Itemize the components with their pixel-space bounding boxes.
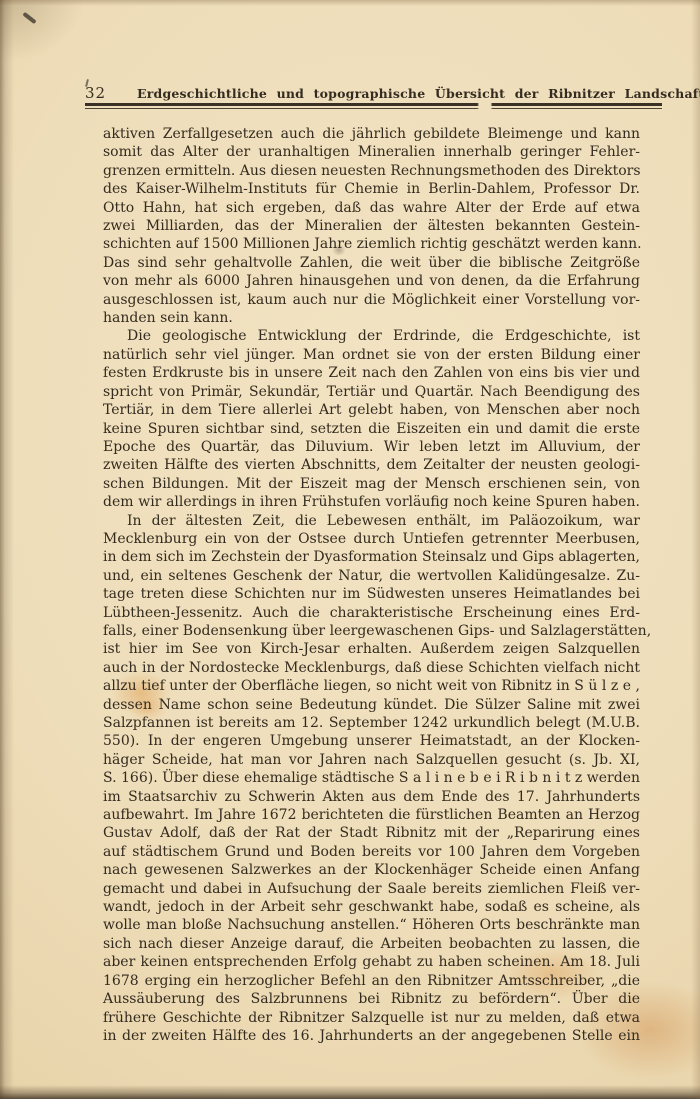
- text-line: gemacht und dabei in Aufsuchung der Saal…: [103, 880, 640, 898]
- text-line: dem wir allerdings in ihren Frühstufen v…: [103, 493, 640, 511]
- header-rule-top: [85, 103, 662, 106]
- text-line: auf städtischem Grund und Boden bereits …: [103, 843, 640, 861]
- text-line: des Kaiser-Wilhelm-Instituts für Chemie …: [103, 180, 640, 198]
- text-line: Epoche des Quartär, das Diluvium. Wir le…: [103, 438, 640, 456]
- text-line: ausgeschlossen ist, kaum auch nur die Mö…: [103, 291, 640, 309]
- text-line: schichten auf 1500 Millionen Jahre zieml…: [103, 235, 640, 253]
- text-line: keine Spuren sichtbar sind, setzten die …: [103, 420, 640, 438]
- text-line: S. 166). Über diese ehemalige städtische…: [103, 769, 640, 787]
- text-line: 1678 erging ein herzoglicher Befehl an d…: [103, 972, 640, 990]
- text-line: somit das Alter der uranhaltigen Mineral…: [103, 143, 640, 161]
- text-line: Gustav Adolf, daß der Rat der Stadt Ribn…: [103, 824, 640, 842]
- text-line: handen sein kann.: [103, 309, 640, 327]
- text-line: ist hier im See von Kirch-Jesar erhalten…: [103, 640, 640, 658]
- text-line: von mehr als 6000 Jahren hinausgehen und…: [103, 272, 640, 290]
- text-line: In der ältesten Zeit, die Lebewesen enth…: [103, 512, 640, 530]
- text-line: allzu tief unter der Oberfläche liegen, …: [103, 677, 640, 695]
- text-line: in der zweiten Hälfte des 16. Jahrhunder…: [103, 1027, 640, 1045]
- text-line: häger Scheide, hat man vor Jahren nach S…: [103, 751, 640, 769]
- page-number: 32: [85, 84, 137, 102]
- text-line: sich nach dieser Anzeige darauf, die Arb…: [103, 935, 640, 953]
- text-line: tage treten diese Schichten nur im Südwe…: [103, 585, 640, 603]
- text-line: zwei Milliarden, das der Mineralien der …: [103, 217, 640, 235]
- text-line: Mecklenburg ein von der Ostsee durch Unt…: [103, 530, 640, 548]
- text-line: aber keinen entsprechenden Erfolg gehabt…: [103, 953, 640, 971]
- text-line: Otto Hahn, hat sich ergeben, daß das wah…: [103, 199, 640, 217]
- text-line: Die geologische Entwicklung der Erdrinde…: [103, 327, 640, 345]
- page-body-text: aktiven Zerfallgesetzen auch die jährlic…: [103, 125, 640, 1045]
- text-line: festen Erdkruste bis in unsere Zeit nach…: [103, 364, 640, 382]
- page-header: 32 Erdgeschichtliche und topographische …: [85, 84, 662, 102]
- text-line: auch in der Nordostecke Mecklenburgs, da…: [103, 659, 640, 677]
- text-line: Aussäuberung des Salzbrunnens bei Ribnit…: [103, 990, 640, 1008]
- text-line: 550). In der engeren Umgebung unserer He…: [103, 732, 640, 750]
- text-line: grenzen ermitteln. Aus diesen neuesten R…: [103, 162, 640, 180]
- running-header-title: Erdgeschichtliche und topographische Übe…: [137, 86, 700, 101]
- text-line: spricht von Primär, Sekundär, Tertiär un…: [103, 383, 640, 401]
- text-line: in dem sich im Zechstein der Dyasformati…: [103, 548, 640, 566]
- book-page: 32 Erdgeschichtliche und topographische …: [0, 0, 700, 1099]
- text-line: dessen Name schon seine Bedeutung kündet…: [103, 696, 640, 714]
- text-line: falls, einer Bodensenkung über leergewas…: [103, 622, 640, 640]
- text-line: Lübtheen-Jessenitz. Auch die charakteris…: [103, 604, 640, 622]
- text-line: aktiven Zerfallgesetzen auch die jährlic…: [103, 125, 640, 143]
- text-line: schen Bildungen. Mit der Eiszeit mag der…: [103, 475, 640, 493]
- text-line: natürlich sehr viel jünger. Man ordnet s…: [103, 346, 640, 364]
- text-line: frühere Geschichte der Ribnitzer Salzque…: [103, 1009, 640, 1027]
- text-line: wandt, jedoch in der Arbeit sehr geschwa…: [103, 898, 640, 916]
- text-line: nach gewesenen Salzwerkes an der Klocken…: [103, 861, 640, 879]
- text-line: im Staatsarchiv zu Schwerin Akten aus de…: [103, 788, 640, 806]
- header-rule-bottom: [85, 108, 662, 109]
- text-line: und, ein seltenes Geschenk der Natur, di…: [103, 567, 640, 585]
- ink-mark-corner: [22, 12, 36, 24]
- text-line: Das sind sehr gehaltvolle Zahlen, die we…: [103, 254, 640, 272]
- text-line: Tertiär, in dem Tiere allerlei Art geleb…: [103, 401, 640, 419]
- text-line: Salzpfannen ist bereits am 12. September…: [103, 714, 640, 732]
- text-line: wolle man bloße Nachsuchung anstellen.“ …: [103, 916, 640, 934]
- text-line: zweiten Hälfte des vierten Abschnitts, d…: [103, 456, 640, 474]
- text-line: aufbewahrt. Im Jahre 1672 berichteten di…: [103, 806, 640, 824]
